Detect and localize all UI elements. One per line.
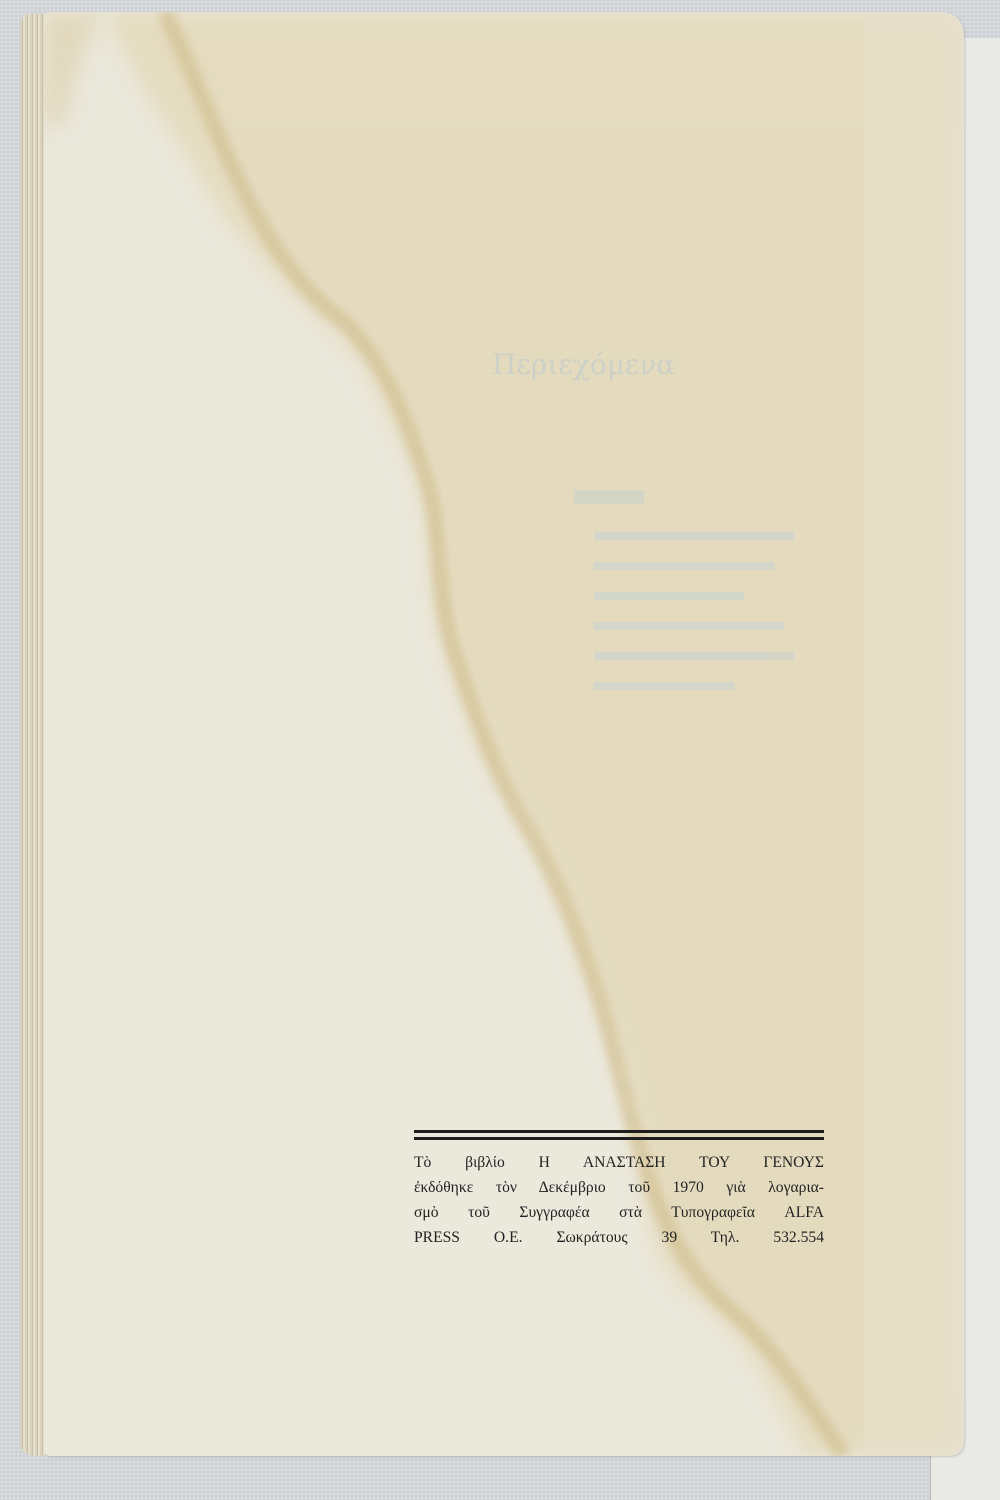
colophon-line-text: σμὸ τοῦ Συγγραφέα στὰ Τυπογραφεῖα ALFA bbox=[414, 1200, 824, 1225]
colophon-line-text: PRESS Ο.Ε. Σωκράτους 39 Τηλ. 532.554 bbox=[414, 1225, 824, 1250]
colophon-line: PRESS Ο.Ε. Σωκράτους 39 Τηλ. 532.554 bbox=[414, 1225, 824, 1250]
show-through-heading: Περιεχόμενα bbox=[492, 348, 675, 381]
colophon-rule-bottom bbox=[414, 1137, 824, 1140]
colophon-line: Τὸ βιβλίο Η ΑΝΑΣΤΑΣΗ ΤΟΥ ΓΕΝΟΥΣ bbox=[414, 1150, 824, 1175]
colophon-line-text: ἐκδόθηκε τὸν Δεκέμβριο τοῦ 1970 γιὰ λογα… bbox=[414, 1175, 824, 1200]
colophon-rule-top bbox=[414, 1130, 824, 1133]
colophon-line: ἐκδόθηκε τὸν Δεκέμβριο τοῦ 1970 γιὰ λογα… bbox=[414, 1175, 824, 1200]
colophon-line-text: Τὸ βιβλίο Η ΑΝΑΣΤΑΣΗ ΤΟΥ ΓΕΝΟΥΣ bbox=[414, 1150, 824, 1175]
colophon: Τὸ βιβλίο Η ΑΝΑΣΤΑΣΗ ΤΟΥ ΓΕΝΟΥΣ ἐκδόθηκε… bbox=[414, 1130, 824, 1250]
show-through-text-block bbox=[574, 490, 834, 790]
colophon-line: σμὸ τοῦ Συγγραφέα στὰ Τυπογραφεῖα ALFA bbox=[414, 1200, 824, 1225]
